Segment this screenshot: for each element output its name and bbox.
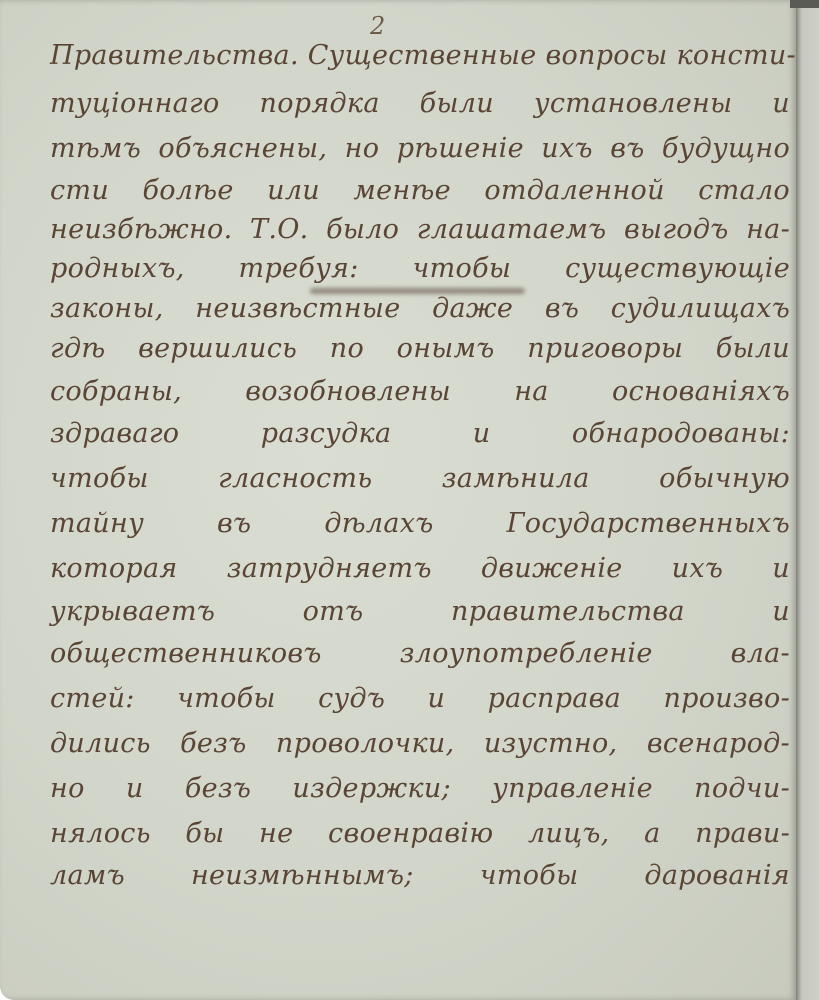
text-line: тѣмъ объяснены, но рѣшеніе ихъ въ будущн… [50, 133, 790, 164]
text-line: которая затрудняетъ движеніе ихъ и [50, 553, 790, 584]
text-line: дились безъ проволочки, изустно, всенаро… [50, 728, 790, 759]
text-line: тайну въ дѣлахъ Государственныхъ [50, 508, 790, 539]
adjacent-page-edge [796, 6, 819, 1000]
text-line: ламъ неизмѣннымъ; чтобы дарованія [50, 860, 790, 891]
text-line: но и безъ издержки; управленіе подчи- [50, 773, 790, 804]
text-line: нялось бы не своенравію лицъ, а прави- [50, 818, 790, 849]
text-line: здраваго разсудка и обнародованы: [50, 418, 790, 449]
page-number: 2 [370, 12, 385, 40]
text-line: чтобы гласность замѣнила обычную [50, 463, 790, 494]
text-line: Правительства. Существенные вопросы конс… [50, 40, 790, 71]
text-line: собраны, возобновлены на основаніяхъ [50, 376, 790, 407]
binding-shadow [790, 0, 819, 8]
text-line: родныхъ, требуя: чтобы существующіе [50, 253, 790, 284]
text-line: укрываетъ отъ правительства и [50, 596, 790, 627]
manuscript-page: 2 Правительства. Существенные вопросы ко… [0, 0, 796, 1000]
text-line: неизбѣжно. Т.О. было глашатаемъ выгодъ н… [50, 214, 790, 245]
text-line: стей: чтобы судъ и расправа произво- [50, 683, 790, 714]
text-line: гдѣ вершились по онымъ приговоры были [50, 333, 790, 364]
text-line: общественниковъ злоупотребленіе вла- [50, 638, 790, 669]
text-line: законы, неизвѣстные даже въ судилищахъ [50, 293, 790, 324]
text-line: туціоннаго порядка были установлены и [50, 88, 790, 119]
text-line: сти болѣе или менѣе отдаленной стало [50, 175, 790, 206]
